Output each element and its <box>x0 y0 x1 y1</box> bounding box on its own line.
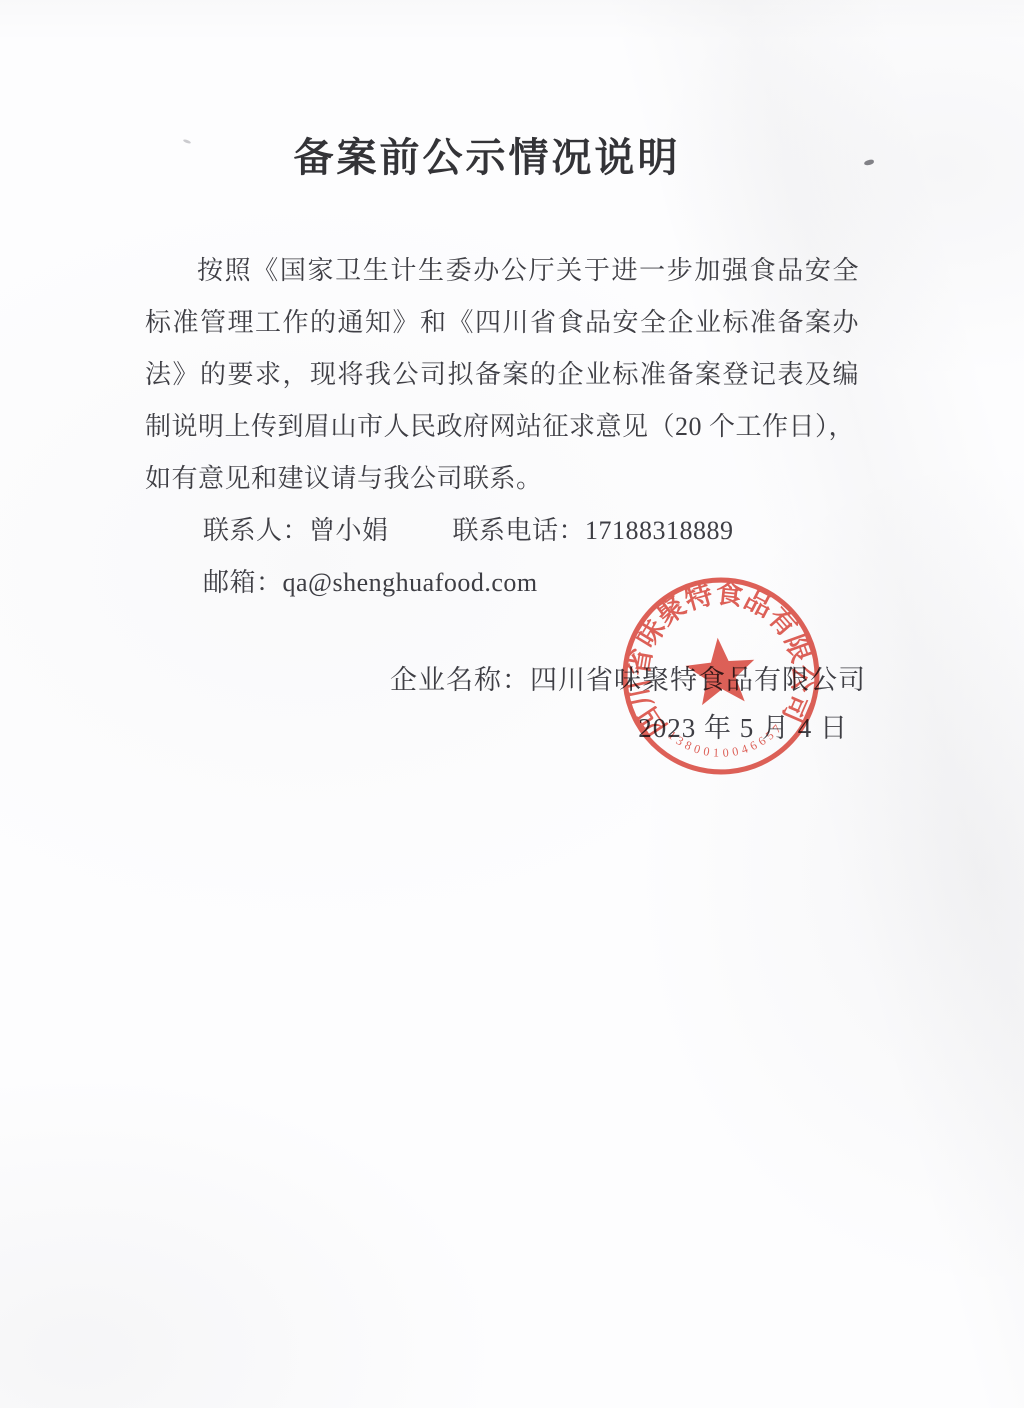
company-seal-stamp: 四川省味聚特食品有限公司 1380010046657 <box>612 567 831 786</box>
body-line-2: 标准管理工作的通知》和《四川省食品安全企业标准备案办 <box>145 297 859 349</box>
contact-line: 联系人：曾小娟 联系电话：17188318889 <box>203 505 859 557</box>
seal-star-icon <box>683 635 758 707</box>
email-label: 邮箱： <box>203 568 283 597</box>
body-line-5: 如有意见和建议请与我公司联系。 <box>145 453 859 505</box>
body-paragraph: 按照《国家卫生计生委办公厅关于进一步加强食品安全 标准管理工作的通知》和《四川省… <box>145 245 859 609</box>
document-title: 备案前公示情况说明 <box>0 126 1024 183</box>
scanned-document-page: 备案前公示情况说明 按照《国家卫生计生委办公厅关于进一步加强食品安全 标准管理工… <box>0 0 1024 1408</box>
company-name-label: 企业名称： <box>390 665 530 695</box>
body-line-4: 制说明上传到眉山市人民政府网站征求意见（20 个工作日）， <box>145 401 859 453</box>
contact-phone-number: 17188318889 <box>585 516 734 545</box>
contact-person-name: 曾小娟 <box>309 516 389 545</box>
email-value: qa@shenghuafood.com <box>283 568 538 597</box>
contact-phone-label: 联系电话： <box>453 516 586 545</box>
body-line-1: 按照《国家卫生计生委办公厅关于进一步加强食品安全 <box>145 245 859 297</box>
contact-phone: 联系电话：17188318889 <box>453 505 734 557</box>
body-line-3: 法》的要求，现将我公司拟备案的企业标准备案登记表及编 <box>145 349 859 401</box>
contact-person-label: 联系人： <box>203 516 309 545</box>
contact-person: 联系人：曾小娟 <box>203 505 389 557</box>
